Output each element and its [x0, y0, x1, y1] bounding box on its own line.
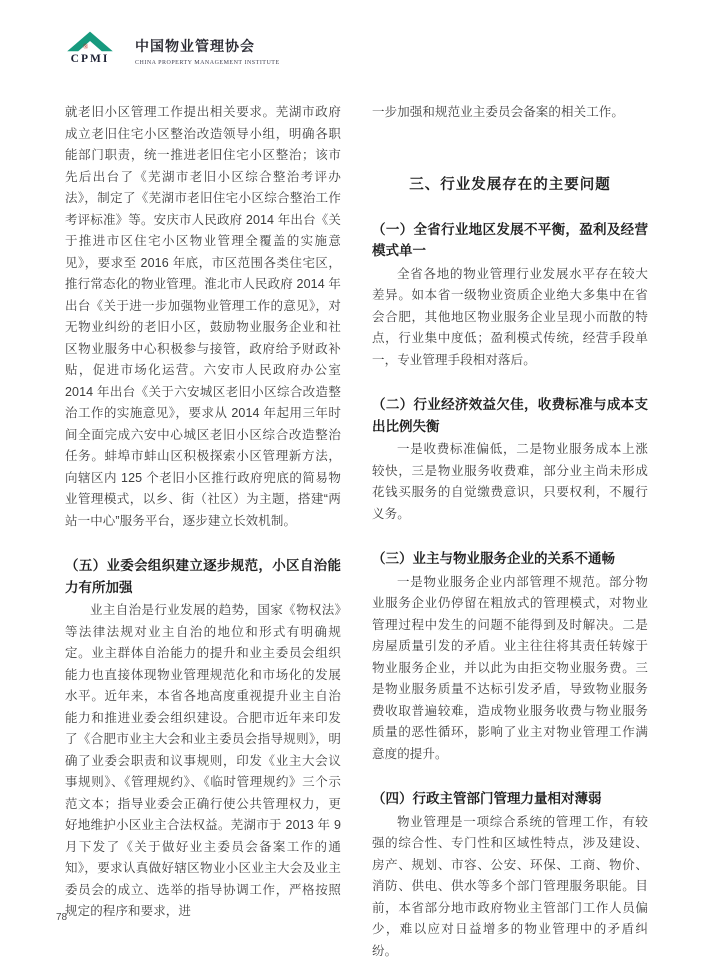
left-column: 就老旧小区管理工作提出相关要求。芜湖市政府成立老旧住宅小区整治改造领导小组，明确… — [65, 102, 341, 962]
subsection-5-paragraph: 业主自治是行业发展的趋势，国家《物权法》等法律法规对业主自治的地位和形式有明确规… — [65, 600, 341, 923]
subsection-4-paragraph: 物业管理是一项综合系统的管理工作，有较强的综合性、专门性和区域性特点，涉及建设、… — [372, 812, 648, 963]
subsection-5-heading: （五）业委会组织建立逐步规范，小区自治能力有所加强 — [65, 555, 341, 598]
subsection-4-heading: （四）行政主管部门管理力量相对薄弱 — [372, 788, 648, 810]
document-page: ® CPMI 中国物业管理协会 CHINA PROPERTY MANAGEMEN… — [0, 0, 710, 964]
subsection-2-heading: （二）行业经济效益欠佳，收费标准与成本支出比例失衡 — [372, 394, 648, 437]
org-logo: ® CPMI 中国物业管理协会 CHINA PROPERTY MANAGEMEN… — [66, 30, 280, 66]
document-body: 就老旧小区管理工作提出相关要求。芜湖市政府成立老旧住宅小区整治改造领导小组，明确… — [65, 102, 648, 962]
org-name-block: 中国物业管理协会 CHINA PROPERTY MANAGEMENT INSTI… — [135, 30, 280, 66]
right-column: 一步加强和规范业主委员会备案的相关工作。 三、行业发展存在的主要问题 （一）全省… — [372, 102, 648, 962]
page-number: 78 — [56, 912, 67, 923]
roof-icon — [66, 30, 114, 52]
org-name-en: CHINA PROPERTY MANAGEMENT INSTITUTE — [135, 60, 280, 66]
subsection-1-paragraph: 全省各地的物业管理行业发展水平存在较大差异。如本省一级物业资质企业绝大多集中在省… — [372, 264, 648, 372]
registered-trademark-icon: ® — [83, 43, 88, 51]
subsection-3-heading: （三）业主与物业服务企业的关系不通畅 — [372, 548, 648, 570]
cpmi-logo: ® CPMI — [66, 30, 114, 65]
subsection-2-paragraph: 一是收费标准偏低，二是物业服务成本上涨较快，三是物业服务收费难，部分业主尚未形成… — [372, 439, 648, 525]
continuation-paragraph: 一步加强和规范业主委员会备案的相关工作。 — [372, 102, 648, 124]
chapter-3-heading: 三、行业发展存在的主要问题 — [372, 174, 648, 196]
logo-acronym: CPMI — [66, 53, 114, 65]
org-name-cn: 中国物业管理协会 — [135, 36, 280, 56]
continuation-paragraph: 就老旧小区管理工作提出相关要求。芜湖市政府成立老旧住宅小区整治改造领导小组，明确… — [65, 102, 341, 532]
subsection-1-heading: （一）全省行业地区发展不平衡，盈利及经营模式单一 — [372, 219, 648, 262]
subsection-3-paragraph: 一是物业服务企业内部管理不规范。部分物业服务企业仍停留在粗放式的管理模式，对物业… — [372, 572, 648, 766]
